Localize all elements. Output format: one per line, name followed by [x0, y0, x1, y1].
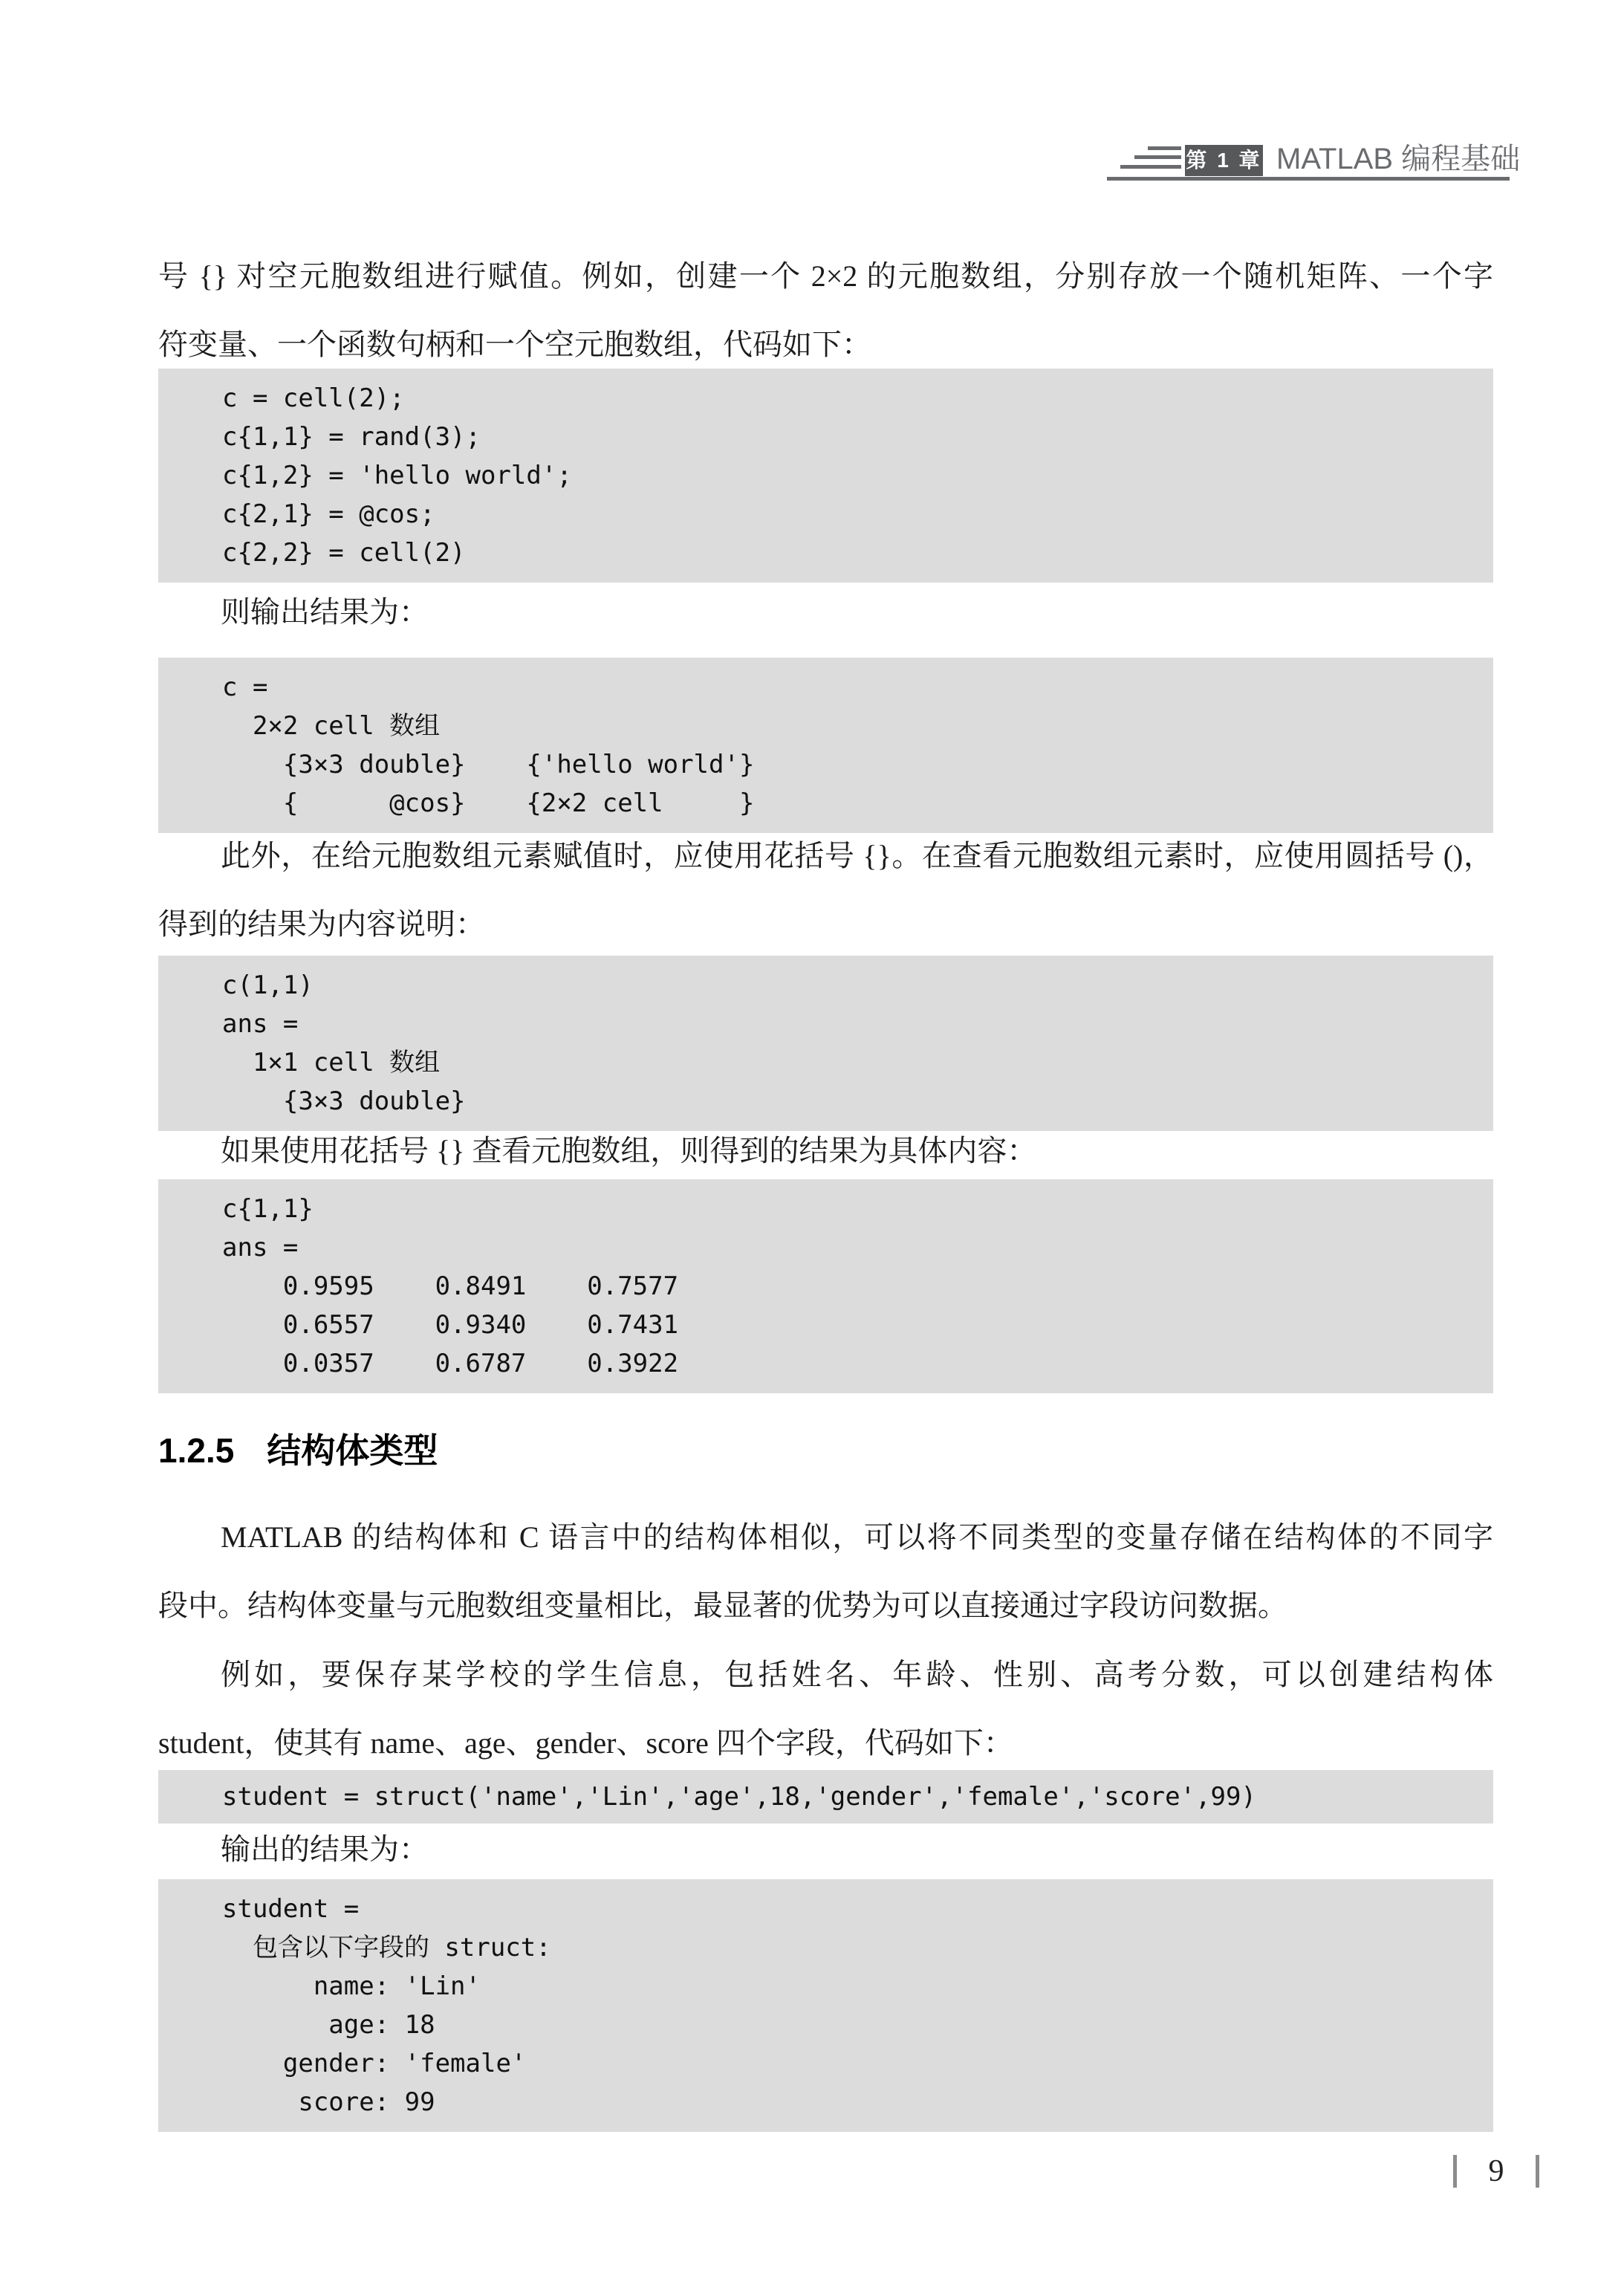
- paragraph-braces: 此外，在给元胞数组元素赋值时，应使用花括号 {}。在查看元胞数组元素时，应使用圆…: [158, 822, 1493, 959]
- code-block-struct-create: student = struct('name','Lin','age',18,'…: [158, 1770, 1493, 1824]
- section-heading: 1.2.5结构体类型: [158, 1430, 1493, 1471]
- paragraph-line: MATLAB 的结构体和 C 语言中的结构体相似，可以将不同类型的变量存储在结构…: [158, 1503, 1493, 1572]
- code-block-struct-display: student = 包含以下字段的 struct: name: 'Lin' ag…: [158, 1879, 1493, 2132]
- code-block-paren-view: c(1,1) ans = 1×1 cell 数组 {3×3 double}: [158, 956, 1493, 1131]
- section-number: 1.2.5: [158, 1431, 234, 1470]
- page-number-value: 9: [1489, 2153, 1504, 2189]
- page-number-bar-icon: [1453, 2155, 1457, 2188]
- page-number: 9: [1453, 2153, 1539, 2189]
- paragraph-line: student，使其有 name、age、gender、score 四个字段，代…: [158, 1709, 1493, 1777]
- section-title: 结构体类型: [267, 1431, 438, 1470]
- paragraph-line: 例如，要保存某学校的学生信息，包括姓名、年龄、性别、高考分数，可以创建结构体: [158, 1641, 1493, 1709]
- output-label: 则输出结果为：: [158, 591, 1493, 633]
- paragraph-line: 此外，在给元胞数组元素赋值时，应使用花括号 {}。在查看元胞数组元素时，应使用圆…: [158, 822, 1493, 890]
- paragraph-line: 段中。结构体变量与元胞数组变量相比，最显著的优势为可以直接通过字段访问数据。: [158, 1572, 1493, 1640]
- paragraph-example: 例如，要保存某学校的学生信息，包括姓名、年龄、性别、高考分数，可以创建结构体 s…: [158, 1641, 1493, 1777]
- paragraph-intro: 号 {} 对空元胞数组进行赋值。例如，创建一个 2×2 的元胞数组，分别存放一个…: [158, 242, 1493, 379]
- code-block-cell-display: c = 2×2 cell 数组 {3×3 double} {'hello wor…: [158, 658, 1493, 833]
- code-block-brace-view: c{1,1} ans = 0.9595 0.8491 0.7577 0.6557…: [158, 1179, 1493, 1393]
- brace-view-label: 如果使用花括号 {} 查看元胞数组，则得到的结果为具体内容：: [158, 1130, 1493, 1172]
- code-block-create-cell: c = cell(2); c{1,1} = rand(3); c{1,2} = …: [158, 369, 1493, 583]
- paragraph-struct: MATLAB 的结构体和 C 语言中的结构体相似，可以将不同类型的变量存储在结构…: [158, 1503, 1493, 1640]
- output-label: 输出的结果为：: [158, 1829, 1493, 1870]
- paragraph-line: 得到的结果为内容说明：: [158, 890, 1493, 959]
- content-column: 号 {} 对空元胞数组进行赋值。例如，创建一个 2×2 的元胞数组，分别存放一个…: [158, 0, 1493, 2132]
- book-page: 第 1 章 MATLAB 编程基础 号 {} 对空元胞数组进行赋值。例如，创建一…: [0, 0, 1624, 2282]
- page-number-bar-icon: [1536, 2155, 1539, 2188]
- paragraph-line: 号 {} 对空元胞数组进行赋值。例如，创建一个 2×2 的元胞数组，分别存放一个…: [158, 242, 1493, 311]
